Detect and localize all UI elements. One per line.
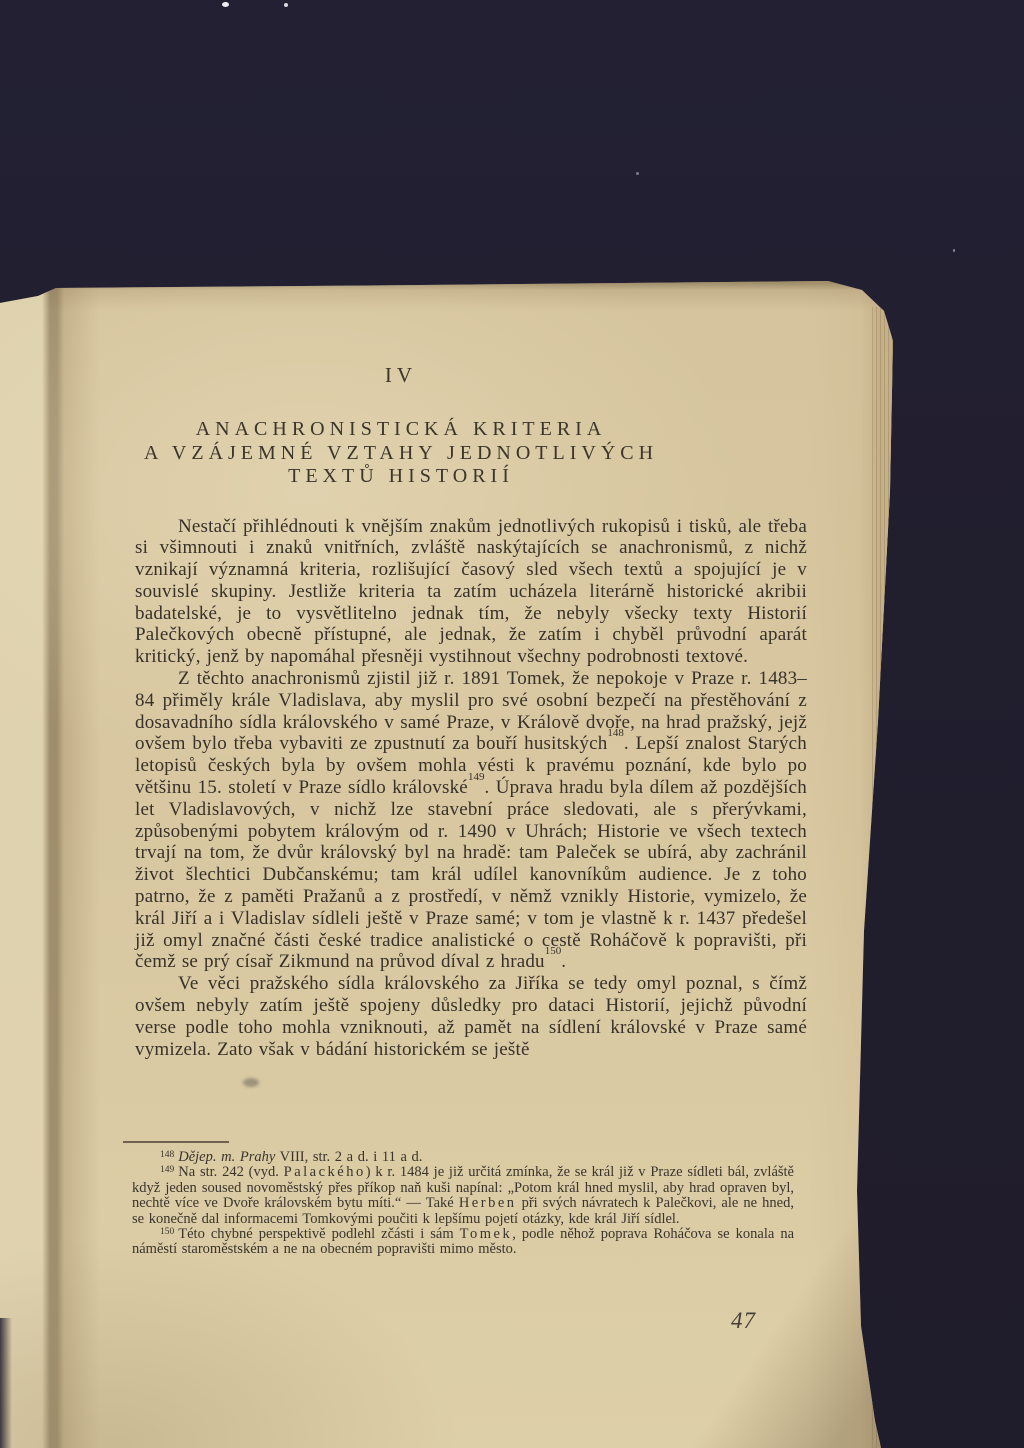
- chapter-title-line-3: TEXTŮ HISTORIÍ: [65, 465, 737, 489]
- text-run: Této chybné perspektivě podlehl zčásti i…: [178, 1226, 459, 1242]
- text-run: VIII, str. 2 a d. i 11 a d.: [275, 1149, 422, 1165]
- scan-photo: IV ANACHRONISTICKÁ KRITERIA A VZÁJEMNÉ V…: [0, 0, 1024, 1448]
- paragraph: Z těchto anachronismů zjistil již r. 189…: [135, 668, 807, 973]
- text-run: Herben: [459, 1195, 517, 1211]
- paragraph: Nestačí přihlédnouti k vnějším znakům je…: [135, 516, 807, 669]
- dust-speck: [222, 2, 229, 7]
- page-number: 47: [731, 1308, 756, 1334]
- body-paragraphs: Nestačí přihlédnouti k vnějším znakům je…: [135, 516, 807, 1061]
- text-run: Nestačí přihlédnouti k vnějším znakům je…: [135, 516, 807, 668]
- page-content: IV ANACHRONISTICKÁ KRITERIA A VZÁJEMNÉ V…: [135, 363, 807, 1060]
- chapter-title-line-2: A VZÁJEMNÉ VZTAHY JEDNOTLIVÝCH: [65, 442, 737, 466]
- dust-speck: [636, 172, 639, 175]
- footnote-ref: 150: [545, 945, 562, 957]
- text-run: .: [561, 951, 566, 972]
- dust-speck: [953, 249, 955, 252]
- page-edge-stack: [872, 307, 902, 1448]
- chapter-title-line-1: ANACHRONISTICKÁ KRITERIA: [65, 418, 737, 442]
- footnote-number: 148: [160, 1150, 174, 1160]
- footnote-ref: 149: [468, 771, 485, 783]
- footnote-number: 149: [160, 1165, 174, 1175]
- footnotes: 148Dějep. m. Prahy VIII, str. 2 a d. i 1…: [132, 1150, 794, 1258]
- text-run: Na str. 242 (vyd.: [178, 1164, 283, 1180]
- dust-speck: [284, 3, 288, 7]
- text-run: Ve věci pražského sídla královského za J…: [135, 973, 807, 1059]
- footnote-separator: [123, 1141, 229, 1143]
- paragraph: Ve věci pražského sídla královského za J…: [135, 973, 807, 1060]
- text-run: Tomek: [460, 1226, 513, 1242]
- footnote: 150Této chybné perspektivě podlehl zčást…: [132, 1227, 794, 1258]
- ink-smudge: [243, 1078, 259, 1087]
- footnote: 149Na str. 242 (vyd. Palackého) k r. 148…: [132, 1165, 794, 1227]
- chapter-number: IV: [65, 363, 737, 388]
- text-run: . Úprava hradu byla dílem až pozdějších …: [135, 777, 807, 972]
- text-run: Palackého: [284, 1164, 366, 1180]
- footnote-ref: 148: [607, 727, 624, 739]
- chapter-heading: IV ANACHRONISTICKÁ KRITERIA A VZÁJEMNÉ V…: [65, 363, 737, 489]
- footnote: 148Dějep. m. Prahy VIII, str. 2 a d. i 1…: [132, 1150, 794, 1165]
- text-run: Dějep. m. Prahy: [178, 1149, 275, 1165]
- left-cover-edge: [0, 1318, 12, 1448]
- footnote-number: 150: [160, 1227, 174, 1237]
